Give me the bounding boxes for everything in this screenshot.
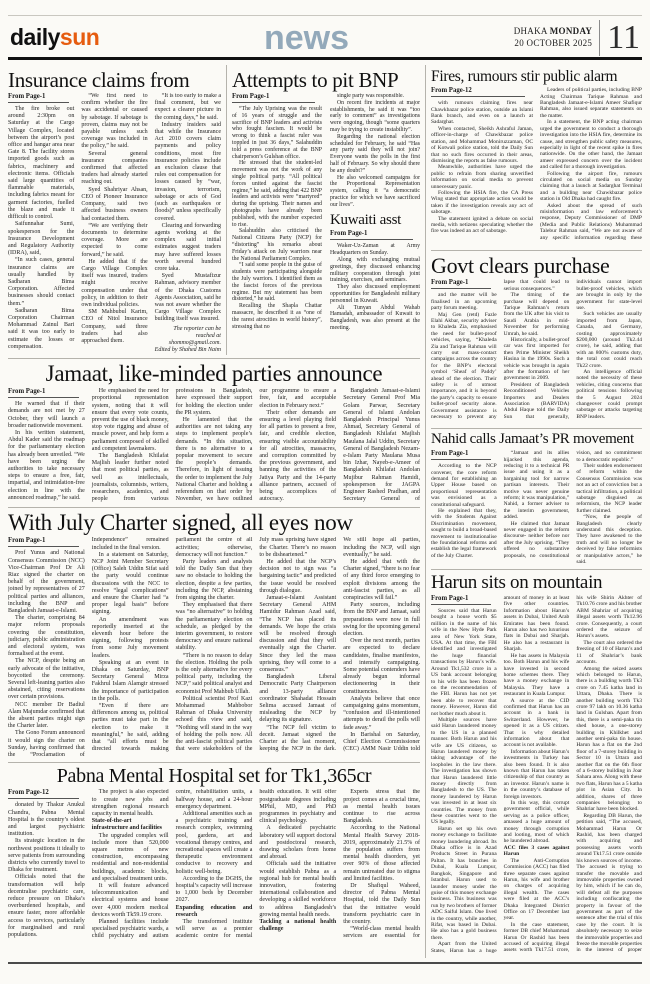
article-july-charter: With July Charter signed, all eyes now F… (8, 511, 420, 759)
paragraph: According to the DGHS, the hospital’s ca… (176, 876, 253, 905)
paragraph: Officials said the initiative would esta… (259, 861, 336, 919)
paragraph: Syed Mustafizur Rahman, advisory member … (155, 273, 221, 323)
paragraph: SM Mahbubul Karim, CEO of Nitol Insuranc… (81, 309, 147, 345)
paragraph: “The July Uprising was the result of 16 … (232, 106, 322, 160)
paragraph: Following the HSIA fire, the CA Press Wi… (431, 190, 533, 216)
paragraph: Syed Shahriyar Ahsan, CEO of Pioneer Ins… (81, 187, 147, 223)
paragraph: “I said some people in the guise of stud… (232, 262, 322, 303)
paragraph: “In such cases, general insurance claims… (8, 257, 74, 307)
page-content: Insurance claims from From Page-1 The fi… (8, 65, 642, 958)
from-page-label: From Page-1 (431, 279, 491, 289)
paragraph: He has assets in Malaysia too. Both Haru… (504, 653, 570, 698)
page-number-divider (599, 20, 600, 56)
paragraph: “There is no reason to delay the electio… (176, 653, 253, 696)
paragraph: Such vehicles are usually imported from … (576, 311, 642, 369)
paragraph: Following the airport fire, rumours circ… (540, 171, 642, 203)
region-rule (425, 65, 426, 958)
paragraph: He explained that they, with the Student… (431, 508, 497, 559)
paragraph: The timing of the purchase will depend o… (504, 292, 570, 337)
city-label: DHAKA (514, 26, 550, 36)
paragraph: Bangladesh Jamaat-e-Islami Secretary Gen… (343, 388, 420, 504)
newspaper-page: dailysun news DHAKA MONDAY 20 OCTOBER 20… (0, 0, 650, 984)
article-govt-purchase: Govt clears purchase From Page-1 and the… (431, 254, 642, 425)
from-page-label: From Page-12 (8, 789, 79, 799)
section-rule (8, 507, 420, 508)
paragraph: Its strategic location in the northwest … (8, 838, 85, 874)
paragraph: The upgraded complex will include more t… (92, 833, 169, 883)
paragraph: ACC files 3 cases against Harun (504, 845, 570, 858)
left-region: Insurance claims from From Page-1 The fi… (8, 65, 420, 958)
paragraph: They also discussed employment opportuni… (330, 284, 420, 304)
article-jamaat-parties: Jamaat, like-minded parties announce Fro… (8, 362, 420, 504)
paragraph: Ali Tunyan Abdul Wahab Hamadah, ambassad… (330, 305, 420, 332)
headline-july-charter: With July Charter signed, all eyes now (8, 511, 420, 535)
paragraph: He warned that if their demands are not … (8, 401, 85, 430)
paragraph: In a statement, the BNP acting chairman … (540, 119, 642, 170)
paragraph: single party was responsible. (330, 93, 420, 100)
paragraph: Information about Harun’s investments in… (504, 749, 570, 800)
paragraph: and the matter will be finalised in an u… (431, 292, 497, 311)
paragraph: Experts stress that the project comes at… (343, 789, 420, 825)
headline-jamaat-parties: Jamaat, like-minded parties announce (8, 362, 420, 386)
section-rule (8, 358, 420, 359)
from-page-label: From Page-1 (8, 93, 69, 103)
paragraph: “Jamaat and its allies hijacked this age… (504, 450, 570, 520)
attempts-column-1: From Page-1 “The July Uprising was the r… (232, 93, 322, 355)
article-insurance-claims: Insurance claims from From Page-1 The fi… (8, 65, 221, 355)
paragraph: He stressed that the student-led movemen… (232, 160, 322, 228)
article-body-july-charter: From Page-1 Prof Yunus and National Cons… (8, 537, 420, 759)
paragraph: It will feature advanced telecommunicati… (92, 883, 169, 919)
paragraph: The fire broke out around 2:30pm on Satu… (8, 106, 74, 221)
paragraph: “Now, the people of Bangladesh clearly u… (576, 514, 642, 565)
paragraph: The court also ordered the freezing of 1… (576, 640, 642, 666)
page-number: 11 (607, 21, 640, 55)
section-rule (431, 250, 642, 251)
paragraph: State-of-the-art infrastructure and faci… (92, 818, 169, 832)
paragraph: Their sudden endorsement of reform withi… (576, 463, 642, 514)
paragraph: He also welcomed campaigns for the Propo… (330, 175, 420, 209)
paragraph: Recalling the Shapla Chattar massacre, h… (232, 303, 322, 330)
headline-insurance-claims: Insurance claims from (8, 69, 221, 91)
paragraph: “We first need to confirm whether the fi… (81, 93, 147, 151)
from-page-label: From Page-12 (431, 87, 525, 97)
paragraph: A dedicated psychiatric laboratory will … (259, 825, 336, 861)
paragraph: In a statement on Saturday, NCP Joint Me… (92, 552, 169, 617)
headline-attempts-pit-bnp: Attempts to pit BNP (232, 69, 420, 91)
paragraph: An amendment was reportedly inserted at … (92, 617, 169, 660)
paragraph: Clearing and forwarding agents working a… (155, 223, 221, 273)
article-pabna-hospital: Pabna Mental Hospital set for Tk1,365cr … (8, 766, 420, 941)
paragraph: The NCP, despite being an early advocate… (8, 658, 85, 701)
section-rule (8, 762, 420, 763)
article-body-pabna: From Page-12 donated by Thakur Anukul Ch… (8, 789, 420, 941)
paragraph: Industry insiders said that while the In… (155, 122, 221, 223)
paragraph: The Anti-Corruption Commission (ACC) has… (504, 858, 570, 922)
paragraph: Party sources, including from the BNP an… (343, 602, 420, 638)
headline-harun-mountain: Harun sits on mountain (431, 573, 642, 593)
page-bottom-rule (8, 962, 642, 964)
from-page-label: From Page-1 (232, 93, 315, 103)
paragraph: A source at the CID confirmed that Harun… (504, 698, 570, 749)
article-body-nahid: From Page-1 According to the NCP convene… (431, 450, 642, 566)
paragraph: Prof Yunus and National Consensus Commis… (8, 550, 85, 615)
article-attempts-pit-bnp: Attempts to pit BNP From Page-1 “The Jul… (232, 65, 420, 355)
paragraph: Speaking at an event in Dhaka on Saturda… (92, 660, 169, 703)
paragraph: Several general insurance companies conf… (81, 151, 147, 187)
paragraph: According to the National Mental Health … (343, 825, 420, 883)
article-body-jamaat: From Page-1 He warned that if their dema… (8, 388, 420, 504)
paragraph: Among the seized assets which belonged t… (576, 666, 642, 813)
paragraph: The statement ignited a debate on social… (431, 216, 533, 235)
paragraph: Jamaat-e-Islami Assistant Secretary Gene… (259, 595, 336, 674)
section-rule (431, 569, 642, 570)
section-rule (431, 428, 642, 429)
headline-nahid-pr-movement: Nahid calls Jamaat’s PR movement (431, 432, 642, 448)
top-row: Insurance claims from From Page-1 The fi… (8, 65, 420, 355)
paragraph: In his written statement, Abdul Kader sa… (8, 430, 85, 502)
paragraph: The project is also expected to create n… (92, 789, 169, 818)
paragraph: Harun set up his own money exchange to f… (431, 826, 497, 941)
paragraph: An intelligence official noted the neces… (576, 369, 642, 420)
paragraph: Bangladesh Liberal Democratic Party Chai… (259, 674, 336, 724)
paragraph: According to the NCP convener, the core … (431, 463, 497, 508)
paragraph: “We are verifying their documents to det… (81, 223, 147, 259)
headline-kuwaiti-asst: Kuwaiti asst (330, 213, 420, 229)
paragraph: Officials noted that the transformation … (8, 874, 85, 939)
paragraph: Saifunnahar Sumi, spokesperson for the I… (8, 221, 74, 257)
paragraph: Leaders of political parties, including … (540, 87, 642, 119)
paragraph: Regarding the national election schedule… (330, 134, 420, 175)
article-body-fires: From Page-12 with rumours claiming fires… (431, 87, 642, 247)
paragraph: The reporter can be reached at shommo@gm… (155, 324, 221, 355)
paragraph: On recent fire incidents at major establ… (330, 100, 420, 134)
from-page-label: From Page-1 (431, 595, 491, 605)
paragraph: with rumours claiming fires near Chawkba… (431, 100, 533, 126)
attempts-column-2-text: single party was responsible.On recent f… (330, 93, 420, 209)
section-title: news (264, 21, 349, 55)
paragraph: He added that if the Cargo Village Compl… (81, 259, 147, 309)
logo-sun-text: sun (60, 24, 99, 50)
paragraph: Expanding education and research (176, 905, 253, 919)
paragraph: The charter, comprising 84 major reform … (8, 615, 85, 658)
paragraph: NCC member Dr Badiul Alam Majumdar confi… (8, 702, 85, 731)
day-label: MONDAY (550, 26, 592, 36)
paragraph: Analysts believe that once campaigning g… (343, 696, 420, 732)
paragraph: He emphasised the need for proportional … (92, 388, 169, 453)
article-kuwaiti-asst: Kuwaiti asst From Page-1 Waker-Uz-Zaman … (330, 213, 420, 332)
article-nahid-pr-movement: Nahid calls Jamaat’s PR movement From Pa… (431, 432, 642, 566)
paragraph: Dr Shafiqul Waheed, director of Pabna Me… (343, 883, 420, 926)
paragraph: Sources said that Harun bought a house w… (431, 608, 497, 717)
paragraph: donated by Thakur Anukul Chandra, Pabna … (8, 802, 85, 838)
right-region: Fires, rumours stir public alarm From Pa… (431, 65, 642, 958)
article-body-insurance: From Page-1 The fire broke out around 2:… (8, 93, 221, 355)
masthead: dailysun news DHAKA MONDAY 20 OCTOBER 20… (8, 16, 642, 60)
dateline: DHAKA MONDAY 20 OCTOBER 2025 (514, 26, 593, 49)
daily-sun-logo: dailysun (10, 24, 99, 51)
paragraph: He added that with the Charter signed, “… (343, 559, 420, 602)
paragraph: Sadharan Bima Corporation Chairman Moham… (8, 308, 74, 351)
paragraph: Tackling a national health challenge (259, 919, 336, 933)
article-body-govt: From Page-1 and the matter will be final… (431, 279, 642, 425)
date-page-block: DHAKA MONDAY 20 OCTOBER 2025 11 (514, 20, 640, 56)
paragraph: Waker-Uz-Zaman at Army Headquarters on S… (330, 243, 420, 257)
paragraph: Over the next month, parties are expecte… (343, 638, 420, 696)
paragraph: Party leaders and analysts told the Dail… (176, 559, 253, 602)
from-page-label: From Page-1 (8, 388, 79, 398)
date-label: 20 OCTOBER 2025 (514, 38, 592, 48)
paragraph: Multiple sources have said Harun launder… (431, 717, 497, 826)
headline-pabna-hospital: Pabna Mental Hospital set for Tk1,365cr (8, 766, 420, 787)
from-page-label: From Page-1 (8, 537, 79, 547)
paragraph: Their other demands are ensuring a level… (259, 410, 336, 504)
paragraph: They emphasised that there was “no alter… (176, 602, 253, 652)
from-page-label: From Page-1 (431, 450, 491, 460)
headline-fires-rumours: Fires, rumours stir public alarm (431, 69, 642, 85)
article-body-attempts: From Page-1 “The July Uprising was the r… (232, 93, 420, 355)
headline-govt-purchase: Govt clears purchase (431, 254, 642, 277)
article-fires-rumours: Fires, rumours stir public alarm From Pa… (431, 69, 642, 247)
paragraph: Historically, a bullet-proof car was fir… (504, 337, 570, 382)
paragraph: Meanwhile, authorities have urged the pu… (431, 164, 533, 190)
article-body-kuwaiti: From Page-1 Waker-Uz-Zaman at Army Headq… (330, 230, 420, 331)
attempts-column-2: single party was responsible.On recent f… (330, 93, 420, 355)
paragraph: In this way, this corrupt government off… (504, 800, 570, 845)
paragraph: Additional amenities such as a psychiatr… (176, 811, 253, 876)
paragraph: When contacted, Sheikh Ashraful Jaman, o… (431, 126, 533, 164)
column-rule (226, 65, 227, 355)
logo-daily-text: daily (10, 24, 60, 50)
paragraph: “It is too early to make a final comment… (155, 93, 221, 122)
paragraph: He added that the NCP’s decision not to … (259, 559, 336, 595)
from-page-label: From Page-1 (330, 230, 413, 240)
paragraph: Salahuddin also criticised the National … (232, 228, 322, 262)
article-body-harun: From Page-1 Sources said that Harun boug… (431, 595, 642, 957)
paragraph: Along with exchanging mutual greetings, … (330, 257, 420, 284)
article-harun-mountain: Harun sits on mountain From Page-1 Sourc… (431, 573, 642, 957)
